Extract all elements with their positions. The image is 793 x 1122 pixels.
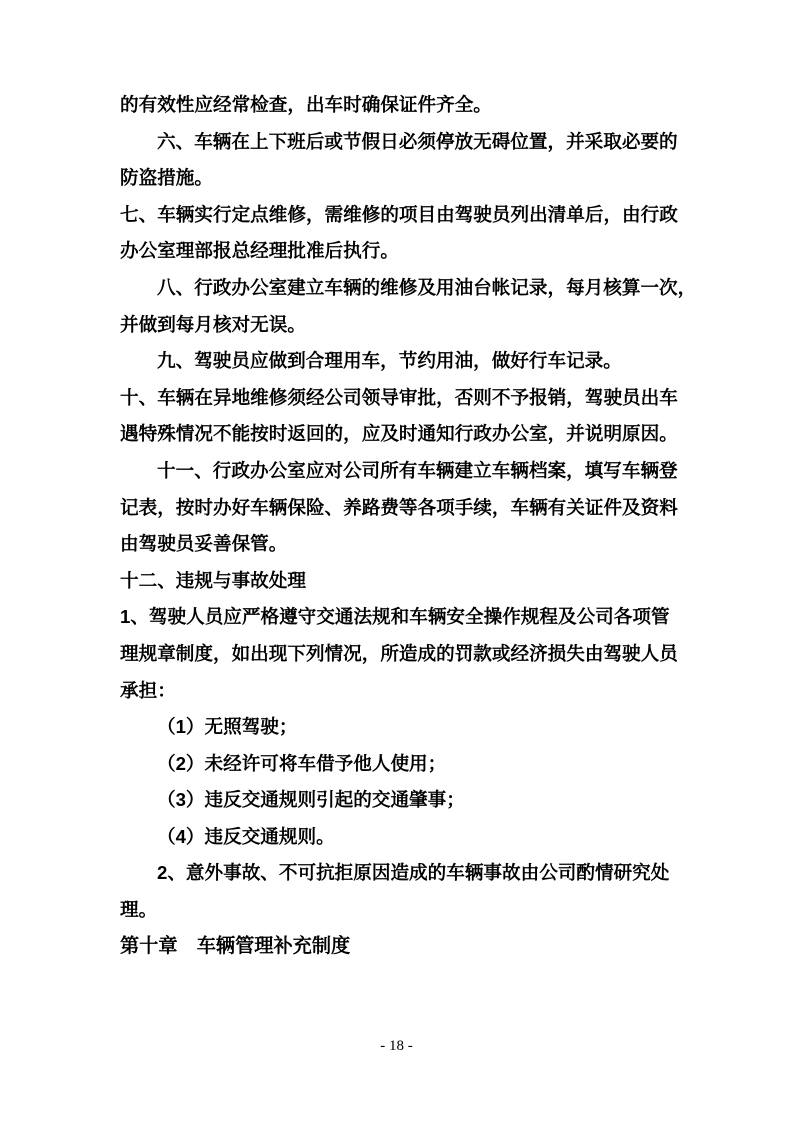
text-line: 承担： (120, 673, 685, 710)
text-line: 1、驾驶人员应严格遵守交通法规和车辆安全操作规程及公司各项管 (120, 599, 685, 636)
document-page: 的有效性应经常检查，出车时确保证件齐全。 六、车辆在上下班后或节假日必须停放无碍… (0, 0, 793, 1122)
section-title-line: 十二、违规与事故处理 (120, 563, 685, 600)
text-line: 六、车辆在上下班后或节假日必须停放无碍位置，并采取必要的 (120, 124, 685, 161)
list-item-line: （4）违反交通规则。 (120, 819, 685, 856)
text-line: 的有效性应经常检查，出车时确保证件齐全。 (120, 87, 685, 124)
page-number: - 18 - (0, 1036, 793, 1056)
text-line: 并做到每月核对无误。 (120, 307, 685, 344)
text-line: 八、行政办公室建立车辆的维修及用油台帐记录，每月核算一次， (120, 270, 685, 307)
text-line: 十一、行政办公室应对公司所有车辆建立车辆档案，填写车辆登 (120, 453, 685, 490)
chapter-heading: 第十章 车辆管理补充制度 (120, 929, 685, 966)
list-item-line: （2）未经许可将车借予他人使用； (120, 746, 685, 783)
text-line: 理规章制度，如出现下列情况，所造成的罚款或经济损失由驾驶人员 (120, 636, 685, 673)
text-line: 办公室理部报总经理批准后执行。 (120, 233, 685, 270)
text-line: 2、意外事故、不可抗拒原因造成的车辆事故由公司酌情研究处 (120, 855, 685, 892)
text-line: 十、车辆在异地维修须经公司领导审批，否则不予报销，驾驶员出车 (120, 380, 685, 417)
text-line: 防盗措施。 (120, 160, 685, 197)
list-item-line: （1）无照驾驶； (120, 709, 685, 746)
text-line: 七、车辆实行定点维修，需维修的项目由驾驶员列出清单后，由行政 (120, 197, 685, 234)
text-line: 由驾驶员妥善保管。 (120, 526, 685, 563)
document-body: 的有效性应经常检查，出车时确保证件齐全。 六、车辆在上下班后或节假日必须停放无碍… (120, 87, 685, 965)
text-line: 九、驾驶员应做到合理用车，节约用油，做好行车记录。 (120, 343, 685, 380)
text-line: 记表，按时办好车辆保险、养路费等各项手续，车辆有关证件及资料 (120, 490, 685, 527)
list-item-line: （3）违反交通规则引起的交通肇事； (120, 782, 685, 819)
text-line: 遇特殊情况不能按时返回的，应及时通知行政办公室，并说明原因。 (120, 416, 685, 453)
text-line: 理。 (120, 892, 685, 929)
